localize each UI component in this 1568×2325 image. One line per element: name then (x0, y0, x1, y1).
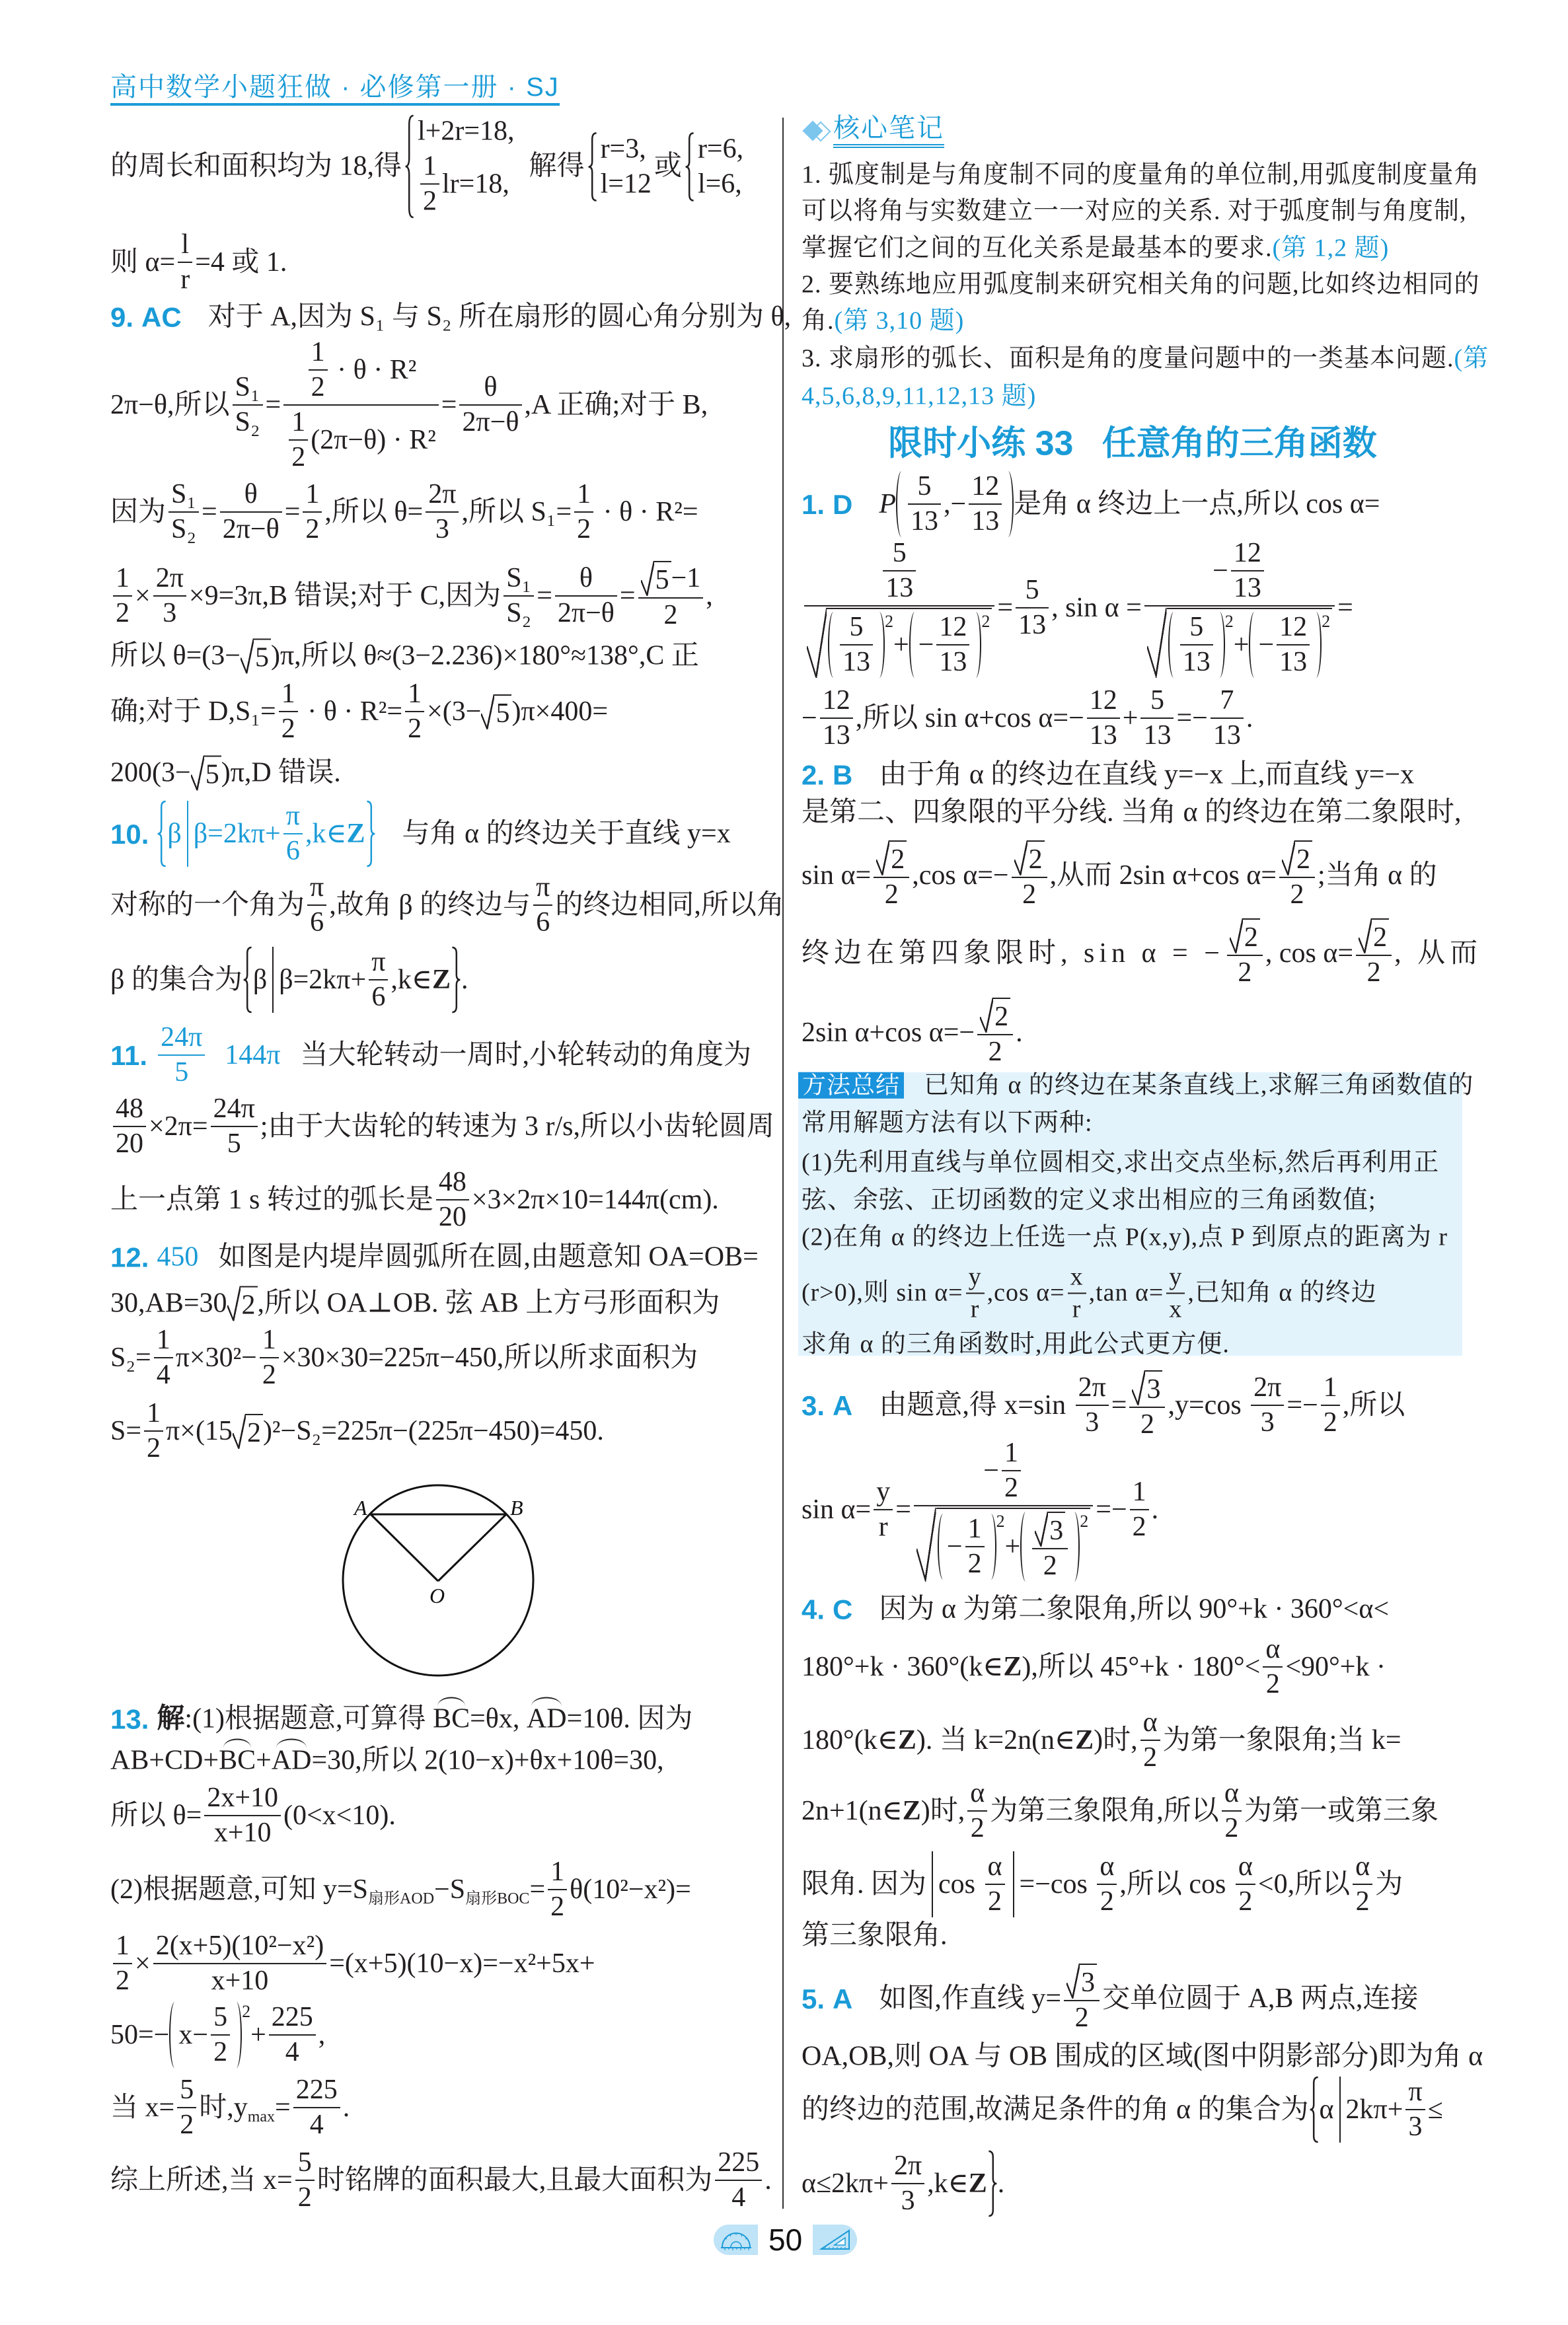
text: ,所以 cos (1119, 1868, 1233, 1900)
denominator: 2 (420, 185, 439, 217)
denominator: 2 (967, 1812, 987, 1844)
denominator: S₂ (504, 597, 534, 629)
denominator: 3 (1076, 1406, 1109, 1438)
text: + (1234, 630, 1250, 661)
text: 所以 θ=(3− (110, 640, 241, 671)
answer-9-line-5: 所以 θ=(3− 5 )π,所以 θ≈(3−2.236)×180°≈138°,C… (110, 638, 699, 673)
system-row: r=3, (601, 133, 652, 165)
numerator: 24π (211, 1093, 258, 1127)
numerator: 5 (211, 2002, 230, 2036)
numerator: 1 (279, 679, 298, 712)
system-rows: r=3, l=12 (598, 132, 652, 201)
numerator: 1 (289, 407, 308, 441)
brace-path (989, 2151, 996, 2216)
text: 与角 α 的终边关于直线 y=x (402, 818, 731, 849)
fraction: yr (874, 1477, 893, 1543)
numerator: 1 (113, 563, 132, 597)
text: (2π−θ) · R² (311, 425, 436, 456)
text: 常用解题方法有以下两种: (802, 1109, 1093, 1138)
fraction: 32 (1129, 1370, 1165, 1440)
text: 终边在第四象限时, sin α = − (802, 938, 1224, 969)
numerator: 12 (936, 612, 969, 646)
numerator: 5 (1140, 685, 1174, 719)
answer-key: AC (141, 301, 182, 332)
group-content: 513 (837, 612, 876, 678)
fraction: 32 (1032, 1512, 1068, 1582)
text: − (947, 1532, 963, 1563)
text: β 的集合为 (110, 964, 243, 995)
answer-13-line-7: 当 x= 52 时,y max = 2254 . (110, 2075, 350, 2141)
text: 则 α= (110, 246, 175, 277)
radicand: 2 (1243, 918, 1260, 953)
method-line-1: 方法总结 已知角 α 的终边在某条直线上,求解三角函数值的 (798, 1072, 1474, 1100)
numerator: 2π (1076, 1372, 1109, 1406)
denominator: 2 (1032, 1549, 1068, 1582)
r-answer-4-line-5: 限角. 因为 cos α2 =−cos α2 ,所以 cos α2 <0,所以 … (802, 1851, 1403, 1917)
denominator: 2 (1321, 1406, 1340, 1438)
superscript: 2 (1225, 612, 1234, 631)
radical-sign-icon (1359, 918, 1372, 953)
numerator: 225 (715, 2147, 762, 2181)
numerator: 24π (158, 1022, 205, 1056)
square-root: 2 (227, 1286, 258, 1321)
arc-ad: AD (272, 1745, 312, 1776)
answer-10-line-3: β 的集合为 β β=2kπ+ π6 ,k∈ Z . (110, 944, 468, 1015)
fraction: α2 (1097, 1851, 1117, 1917)
fraction: π6 (533, 872, 552, 938)
parenthesized-group: x− 52 (169, 2002, 242, 2068)
problem-number: 4. (802, 1594, 825, 1625)
fraction: 1213 (1231, 538, 1264, 604)
text: l+2r=18, (418, 116, 515, 147)
text: = (1337, 592, 1353, 623)
left-brace-icon (243, 947, 253, 1013)
group-content: 32 (1029, 1512, 1070, 1582)
text: , (944, 488, 951, 519)
text: 所以 θ= (110, 1800, 202, 1831)
text: (1)先利用直线与单位圆相交,求出交点坐标,然后再利用正 (802, 1149, 1439, 1177)
denominator: 2 (1236, 1885, 1255, 1917)
fraction: 2π3 (1076, 1372, 1109, 1438)
denominator: 13 (1087, 719, 1120, 751)
fraction: 14 (154, 1325, 173, 1391)
brace-path (367, 801, 375, 866)
fraction: 1213 (969, 471, 1002, 537)
fraction: 12 (965, 1514, 985, 1580)
group-content: cos α2 (938, 1851, 1008, 1917)
right-paren-icon (877, 612, 885, 678)
numerator: α (967, 1778, 987, 1812)
answer-fraction: 24π5 (158, 1022, 205, 1088)
solution-system: r=3, l=12 (587, 132, 652, 201)
numerator: α (985, 1851, 1005, 1885)
radicand: 2 (241, 1286, 258, 1321)
square-root: 5 (481, 694, 511, 729)
fraction: 12 (279, 679, 298, 745)
r-answer-2-line-4: 终边在第四象限时, sin α = − 22 , cos α= 22 , 从而 (802, 918, 1482, 988)
text: P (879, 488, 896, 519)
denominator: 2 (113, 597, 132, 629)
fraction: 2π3 (1251, 1372, 1284, 1438)
denominator: 3 (891, 2184, 924, 2217)
text: − (951, 488, 967, 519)
denominator: 13 (908, 505, 941, 537)
set-divider-bar (187, 801, 188, 867)
radical-sign-icon (807, 608, 827, 678)
point-coordinates: 513 , − 1213 (896, 471, 1014, 537)
numerator: α (1353, 1851, 1372, 1885)
radical-sign-icon (1035, 1512, 1048, 1547)
notes-line-7: 4,5,6,8,9,11,12,13 题) (802, 383, 1036, 411)
protractor-arc (722, 2233, 750, 2247)
text: − (1213, 555, 1228, 586)
denominator: 2 (574, 513, 593, 545)
text: 由题意,得 x=sin (879, 1389, 1072, 1421)
fraction: π6 (307, 872, 326, 938)
denominator: 2 (177, 2108, 196, 2141)
numerator: 5 (883, 538, 916, 572)
text: ,所以 OA⊥OB. 弦 AB 上方弓形面积为 (258, 1288, 720, 1319)
answer-key: A (833, 1389, 852, 1421)
question-reference: (第 (1454, 345, 1489, 373)
integer-set-symbol: Z (1075, 1724, 1094, 1755)
text: 上一点第 1 s 转过的弧长是 (110, 1184, 433, 1215)
text: 解得 (529, 151, 585, 182)
radicand: 2 (889, 840, 907, 875)
numerator: y (874, 1477, 893, 1510)
r-answer-2-line-2: 是第二、四象限的平分线. 当角 α 的终边在第二象限时, (802, 797, 1462, 828)
answer-key: 144π (225, 1039, 280, 1070)
protractor-badge (714, 2225, 758, 2255)
denominator: 12 (2π−θ) · R² (283, 406, 439, 473)
fraction: θ2π−θ (459, 372, 521, 438)
denominator: 2 (1129, 1408, 1165, 1440)
superscript: 2 (242, 2002, 250, 2021)
arc-bc: BC (433, 1703, 470, 1734)
fraction: 12 (303, 479, 322, 545)
group-content: −1213 (918, 612, 973, 678)
text: ,k∈ (927, 2168, 969, 2199)
text: )²−S₂=225π−(225π−450)=450. (263, 1415, 604, 1446)
square-root: 2 (1230, 918, 1260, 953)
system-row: l+2r=18, (418, 116, 515, 147)
parenthesized-group: −1213 (1249, 612, 1322, 678)
diamond-icon (802, 118, 833, 144)
text: ;由于大齿轮的转速为 3 r/s,所以小齿轮圆周 (260, 1111, 774, 1142)
numerator: 5 (840, 612, 873, 646)
numerator: 1 (113, 1931, 132, 1964)
text: ,k∈ (391, 964, 432, 995)
radical-sign-icon (1132, 1370, 1145, 1405)
answer-11-line-2: 4820 ×2π= 24π5 ;由于大齿轮的转速为 3 r/s,所以小齿轮圆周 (110, 1093, 774, 1160)
numerator: 225 (293, 2075, 340, 2108)
radical-sign-icon (1230, 918, 1243, 953)
radicand: 513 2 + −1213 2 (1167, 608, 1332, 678)
notes-line-2: 可以将角与实数建立一一对应的关系. 对于弧度制与角度制, (802, 198, 1467, 226)
numerator: 7 (1211, 685, 1244, 719)
square-root: 513 2 + −1213 2 (1147, 608, 1332, 678)
text: − (918, 630, 934, 661)
fraction: 52 (177, 2075, 196, 2141)
text: + (1123, 702, 1139, 733)
fraction: 12 (574, 479, 593, 545)
left-paren-icon (1168, 612, 1176, 678)
text: 180°+k · 360°(k∈ (802, 1651, 1003, 1682)
text: (2)根据题意,可知 y=S (110, 1874, 368, 1905)
problem-number: 9. (110, 301, 133, 332)
numerator: 48 (436, 1167, 469, 1200)
fraction: 22 (1356, 918, 1392, 988)
superscript: 2 (996, 1512, 1005, 1531)
fraction: 12 (405, 679, 424, 745)
text: ,cos α=− (912, 860, 1008, 891)
answer-9-line-4: 12 × 2π3 ×9=3π,B 错误;对于 C,因为 S₁S₂ = θ2π−θ… (110, 561, 713, 631)
radicand: 2 (1027, 840, 1045, 875)
page-number: 50 (768, 2225, 802, 2255)
numerator: 5 (295, 2147, 315, 2181)
text: ,tan α= (1089, 1279, 1164, 1308)
fraction: 22 (874, 840, 909, 910)
text: ×9=3π,B 错误;对于 C,因为 (189, 580, 501, 611)
radicand: 5 (254, 638, 271, 673)
left-brace-icon (587, 132, 598, 201)
answer-11-line-1: 11. 24π5 144π 当大轮转动一周时,小轮转动的角度为 (110, 1022, 751, 1088)
fraction: 4820 (113, 1093, 146, 1160)
text: + (893, 630, 909, 661)
denominator: 13 (1180, 646, 1213, 678)
problem-number: 13. (110, 1703, 149, 1734)
radical-sign-icon (1014, 840, 1027, 875)
text: = (202, 496, 217, 527)
right-paren-icon (234, 2002, 242, 2068)
answer-12-line-2: 30,AB=30 2 ,所以 OA⊥OB. 弦 AB 上方弓形面积为 (110, 1286, 720, 1321)
numerator: 12 · θ · R² (283, 337, 439, 406)
denominator: 2 (1356, 956, 1392, 988)
numerator: x (1068, 1263, 1086, 1294)
text: 50=− (110, 2019, 169, 2050)
answer-13-line-1: 13. 解 :(1)根据题意,可算得 BC =θx, AD =10θ. 因为 (110, 1703, 692, 1734)
text: )时, (921, 1795, 965, 1826)
text: )时, (1094, 1724, 1138, 1755)
method-line-5: (2)在角 α 的终边上任选一点 P(x,y),点 P 到原点的距离为 r (802, 1224, 1448, 1252)
fraction: 12 (144, 1398, 163, 1464)
text: 当大轮转动一周时,小轮转动的角度为 (301, 1039, 752, 1070)
fraction: 32 (1064, 1964, 1100, 2034)
text: 因为 α 为第二象限角,所以 90°+k · 360°<α< (879, 1594, 1389, 1625)
denominator: 3 (1251, 1406, 1284, 1438)
method-summary-label: 方法总结 (798, 1072, 904, 1099)
text: , cos α= (1265, 938, 1353, 969)
square-root: 2 (876, 840, 907, 875)
notes-line-3: 掌握它们之间的互化关系是最基本的要求.(第 1,2 题) (802, 235, 1389, 263)
numerator: S₁ (504, 563, 534, 597)
problem-number: 1. (802, 488, 825, 519)
radical-sign-icon (233, 1413, 246, 1448)
text: =4 或 1. (195, 246, 287, 277)
absolute-value: cos α2 (926, 1851, 1020, 1917)
right-brace-icon (365, 801, 376, 867)
text: =θx, (470, 1703, 527, 1734)
numerator: 2 (874, 840, 909, 878)
text: π×30²− (176, 1342, 257, 1373)
numerator: 12 (1231, 538, 1264, 572)
fraction: α2 (1236, 1851, 1255, 1917)
numerator: 2 (1227, 918, 1263, 956)
square-root: 3 (1132, 1370, 1162, 1405)
system-row: 12 lr=18, (418, 151, 515, 217)
brace-path (406, 116, 414, 217)
denominator: 2 (1279, 878, 1315, 910)
text: 或 (654, 151, 682, 182)
numerator: 3 (1064, 1964, 1100, 2001)
text: x− (178, 2019, 208, 2050)
text: OA,OB,则 OA 与 OB 围成的区域(图中阴影部分)即为角 α (802, 2041, 1483, 2072)
text: ×(3− (427, 696, 481, 727)
radicand: 2 (993, 998, 1010, 1033)
running-header-title: 高中数学小题狂做 · 必修第一册 · SJ (110, 73, 560, 106)
fraction: 2π3 (153, 563, 186, 629)
text: θ(10²−x²)= (570, 1874, 691, 1905)
square-root: 5 (191, 755, 221, 790)
left-paren-icon (909, 612, 917, 678)
numerator: 12 (1087, 685, 1120, 719)
numerator: S₁ (233, 372, 263, 406)
answer-key: A (833, 1983, 852, 2014)
text: · θ · R²= (301, 696, 402, 727)
denominator: 2 (977, 1035, 1013, 1068)
numerator: 1 (965, 1514, 985, 1547)
fraction: 1213 (936, 612, 969, 678)
radical-sign-icon (876, 840, 889, 875)
denominator: 2 (260, 1358, 279, 1391)
text: ). 当 k=2n(n∈ (916, 1724, 1075, 1755)
numerator: α (1236, 1851, 1255, 1885)
text: 2π−θ,所以 (110, 389, 230, 420)
text: =− (1176, 702, 1207, 733)
problem-number: 11. (110, 1039, 147, 1070)
numerator: 48 (113, 1093, 146, 1127)
text: =30,所以 2(10−x)+θx+10θ=30, (311, 1745, 663, 1776)
denominator: x+10 (204, 1816, 281, 1849)
text: 的周长和面积均为 18,得 (110, 151, 402, 182)
fraction: 52 (211, 2002, 230, 2068)
fraction: 713 (1211, 685, 1244, 751)
text: 求角 α 的三角函数时,用此公式更方便. (802, 1331, 1230, 1359)
numerator: 2x+10 (204, 1783, 281, 1816)
text: 180°(k∈ (802, 1724, 898, 1755)
numerator: 1 (574, 479, 593, 513)
text: 为 (1375, 1868, 1403, 1900)
numerator: 2(x+5)(10²−x²) (153, 1931, 327, 1964)
denominator: 6 (533, 906, 552, 938)
denominator: 2 (1130, 1510, 1149, 1543)
group-content: 513 (1177, 612, 1216, 678)
text: 角. (802, 307, 835, 336)
protractor-inner-arc (731, 2242, 741, 2247)
denominator: 20 (113, 1127, 146, 1160)
numerator: 12 (1277, 612, 1310, 646)
text: α≤2kπ+ (802, 2168, 889, 2199)
integer-set-symbol: Z (903, 1795, 921, 1826)
text: 为第三象限角,所以 (990, 1795, 1219, 1826)
denominator: 513 2 + −1213 2 (1144, 607, 1335, 678)
numerator: α (1140, 1707, 1160, 1741)
notes-line-4: 2. 要熟练地应用弧度制来研究相关角的问题,比如终边相同的 (802, 271, 1480, 299)
fraction: 12 (1002, 1438, 1021, 1504)
fraction: 22 (977, 998, 1013, 1068)
fraction: lr (178, 229, 192, 295)
text: 对于 A,因为 S₁ 与 S₂ 所在扇形的圆心角分别为 θ, (208, 301, 791, 332)
numerator: 1 (548, 1857, 567, 1890)
text: (2)在角 α 的终边上任选一点 P(x,y),点 P 到原点的距离为 r (802, 1224, 1448, 1252)
r-answer-2-line-5: 2sin α+cos α=− 22 . (802, 998, 1023, 1068)
text: 掌握它们之间的互化关系是最基本的要求. (802, 235, 1273, 263)
radicand: 513 2 + −1213 2 (827, 608, 992, 678)
text: sin α= (802, 1494, 871, 1525)
fraction: 12 (420, 151, 439, 217)
text: . (765, 2164, 772, 2196)
denominator: 2 (279, 712, 298, 745)
text: :(1)根据题意,可算得 (184, 1703, 433, 1734)
group-content: x− 52 (178, 2002, 233, 2068)
text: . (461, 964, 468, 995)
text: 弦、余弦、正切函数的定义求出相应的三角函数值; (802, 1187, 1376, 1215)
protractor-icon (720, 2229, 753, 2251)
text: 综上所述,当 x= (110, 2164, 293, 2196)
text: <90°+k · (1285, 1651, 1386, 1682)
fraction: 12 (309, 337, 328, 403)
text: 200(3− (110, 757, 191, 788)
denominator: 5 (158, 1056, 205, 1088)
set-divider-bar (1339, 2077, 1341, 2143)
answer-9-line-3: 因为 S₁S₂ = θ2π−θ = 12 ,所以 θ= 2π3 ,所以 S₁= … (110, 479, 698, 545)
numerator: π (283, 801, 303, 834)
denominator: 3 (153, 597, 186, 629)
method-line-4: 弦、余弦、正切函数的定义求出相应的三角函数值; (802, 1187, 1376, 1215)
denominator: 6 (369, 980, 388, 1013)
fraction: S₁S₂ (233, 372, 263, 438)
text: S₂= (110, 1342, 151, 1373)
fraction: 22 (1012, 840, 1047, 910)
answer-13-line-3: 所以 θ= 2x+10x+10 (0<x<10). (110, 1783, 396, 1849)
radical-sign-icon (191, 755, 204, 790)
answer-key: C (833, 1594, 852, 1625)
text: + (250, 2019, 266, 2050)
fraction: 12 (548, 1857, 567, 1923)
text: ,所以 θ= (324, 496, 423, 527)
text: 因为 (110, 496, 166, 527)
fraction: 1213 (1277, 612, 1310, 678)
denominator: 2 (965, 1547, 985, 1580)
numerator: 12 (969, 471, 1002, 505)
fraction: yx (1166, 1263, 1185, 1323)
r-answer-2-line-1: 2. B 由于角 α 的终边在直线 y=−x 上,而直线 y=−x (802, 759, 1414, 790)
denominator: 2 (1002, 1471, 1021, 1504)
denominator: S₂ (168, 513, 199, 545)
fraction: S₁S₂ (504, 563, 534, 629)
numerator: y (966, 1263, 985, 1294)
radicand: 2 (1372, 918, 1389, 953)
r-answer-2-line-3: sin α= 22 ,cos α=− 22 ,从而 2sin α+cos α= … (802, 840, 1437, 910)
fraction: 12 (113, 1931, 132, 1997)
denominator: 13 (1016, 609, 1049, 641)
answer-8-line-1: 的周长和面积均为 18,得 l+2r=18, 12 lr=18, 解得 r=3,… (110, 114, 746, 218)
superscript: 2 (981, 612, 990, 631)
denominator: 3 (426, 513, 459, 545)
notes-line-6: 3. 求扇形的弧长、面积是角的度量问题中的一类基本问题.(第 (802, 345, 1489, 373)
method-line-2: 常用解题方法有以下两种: (802, 1109, 1093, 1138)
denominator: 2 (1097, 1885, 1117, 1917)
